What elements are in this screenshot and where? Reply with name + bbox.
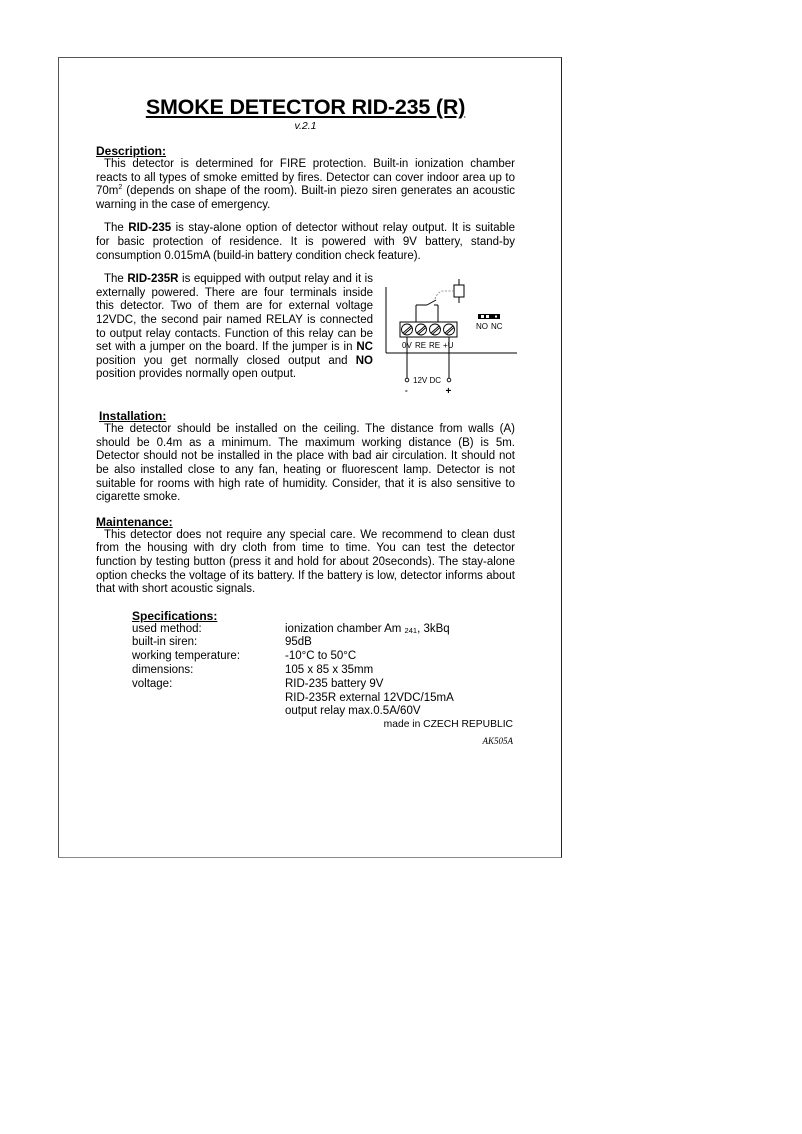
maintenance-heading: Maintenance:: [96, 516, 515, 529]
installation-text: The detector should be installed on the …: [96, 423, 515, 505]
maintenance-section: Maintenance: This detector does not requ…: [96, 516, 515, 597]
spec-label: [132, 692, 285, 706]
spec-value: -10°C to 50°C: [285, 650, 356, 664]
spec-row: voltage: RID-235 battery 9V: [132, 678, 515, 692]
relay-contact-icon: [416, 300, 438, 322]
spec-row: working temperature: -10°C to 50°C: [132, 650, 515, 664]
spec-label: voltage:: [132, 678, 285, 692]
spec-label: [132, 705, 285, 719]
spec-value: RID-235R external 12VDC/15mA: [285, 692, 454, 706]
spec-label: working temperature:: [132, 650, 285, 664]
terminal-minus-icon: [405, 378, 409, 382]
terminal-block-icon: [400, 322, 457, 337]
document-body: SMOKE DETECTOR RID-235 (R) v.2.1 Descrip…: [96, 94, 515, 746]
document-code: AK505A: [132, 736, 513, 746]
spec-value: 95dB: [285, 636, 312, 650]
installation-heading: Installation:: [96, 410, 515, 423]
spec-row: dimensions: 105 x 85 x 35mm: [132, 664, 515, 678]
terminal-plus-icon: [447, 378, 451, 382]
spec-value: RID-235 battery 9V: [285, 678, 383, 692]
rid235r-section: The RID-235R is equipped with output rel…: [96, 273, 515, 400]
plus-sign: +: [446, 386, 452, 397]
terminal-label: +U: [443, 341, 454, 350]
jumper-label-nc: NC: [491, 322, 503, 331]
installation-section: Installation: The detector should be ins…: [96, 410, 515, 505]
spec-row: used method: ionization chamber Am 241, …: [132, 623, 515, 637]
description-section: Description: This detector is determined…: [96, 145, 515, 212]
spec-value: 105 x 85 x 35mm: [285, 664, 373, 678]
spec-row: built-in siren: 95dB: [132, 636, 515, 650]
rid235r-paragraph: The RID-235R is equipped with output rel…: [96, 273, 373, 400]
description-heading: Description:: [96, 145, 515, 158]
wiring-diagram: 0V RE RE +U NO NC 12V DC: [379, 275, 519, 400]
terminal-label: RE: [415, 341, 426, 350]
rid235-paragraph: The RID-235 is stay-alone option of dete…: [96, 222, 515, 263]
spec-row: output relay max.0.5A/60V: [132, 705, 515, 719]
spec-label: built-in siren:: [132, 636, 285, 650]
rid235-section: The RID-235 is stay-alone option of dete…: [96, 222, 515, 263]
relay-coil-icon: [454, 279, 464, 303]
spec-row: RID-235R external 12VDC/15mA: [132, 692, 515, 706]
specifications-heading: Specifications:: [132, 610, 515, 623]
jumper-label-no: NO: [476, 322, 488, 331]
specifications-section: Specifications: used method: ionization …: [132, 610, 515, 747]
spec-value: ionization chamber Am 241, 3kBq: [285, 623, 450, 637]
made-in-label: made in CZECH REPUBLIC: [132, 719, 513, 731]
spec-label: dimensions:: [132, 664, 285, 678]
maintenance-text: This detector does not require any speci…: [96, 529, 515, 597]
terminal-label: RE: [429, 341, 440, 350]
description-paragraph-1: This detector is determined for FIRE pro…: [96, 158, 515, 212]
spec-label: used method:: [132, 623, 285, 637]
version-label: v.2.1: [96, 120, 515, 132]
jumper-icon: [478, 314, 500, 319]
spec-value: output relay max.0.5A/60V: [285, 705, 421, 719]
minus-sign: -: [405, 386, 408, 395]
document-title: SMOKE DETECTOR RID-235 (R): [96, 94, 515, 120]
supply-label: 12V DC: [413, 376, 441, 385]
